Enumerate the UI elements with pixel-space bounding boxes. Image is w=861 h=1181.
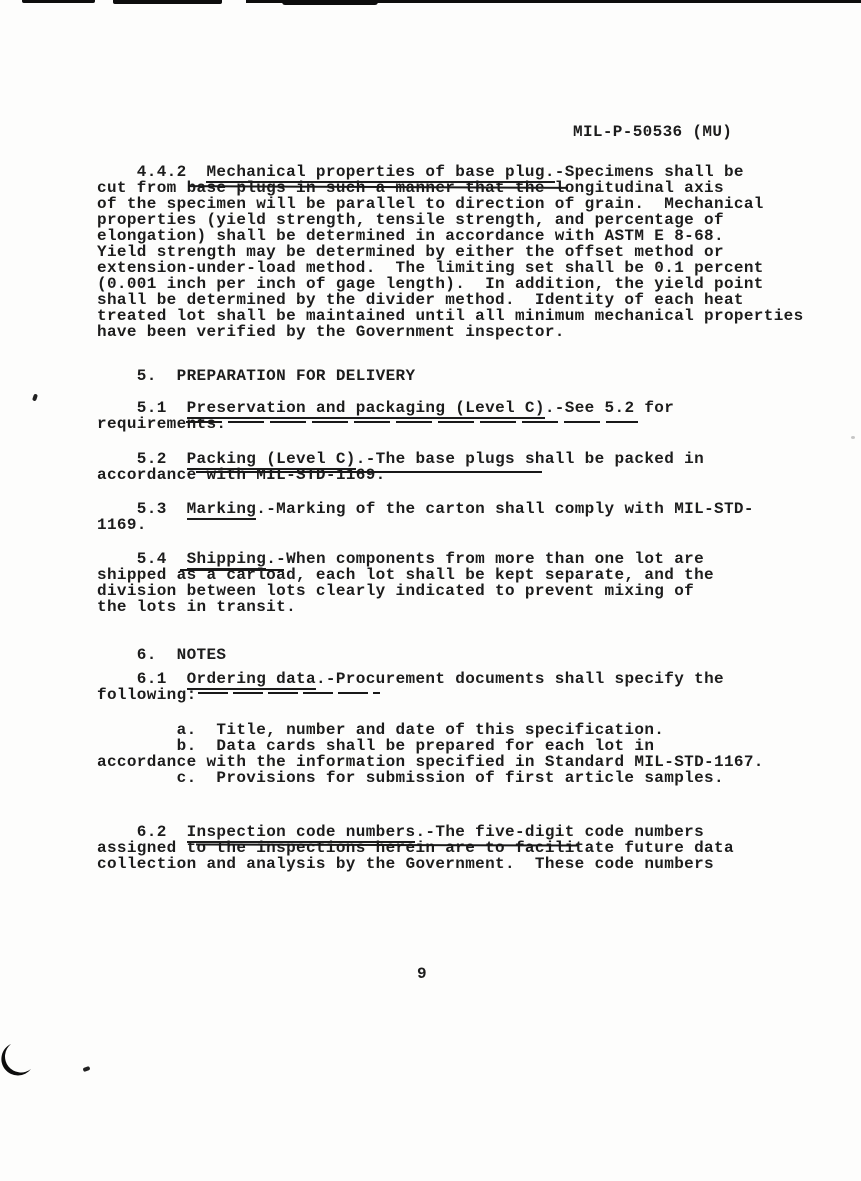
paragraph: 6.2 Inspection code numbers.-The five-di… — [97, 824, 734, 872]
text-line: properties (yield strength, tensile stre… — [97, 212, 804, 228]
paragraph: 5.4 Shipping.-When components from more … — [97, 551, 714, 615]
text-line: 6.2 Inspection code numbers.-The five-di… — [97, 824, 734, 840]
section-heading: 5. PREPARATION FOR DELIVERY — [97, 368, 415, 384]
paragraph: 6.1 Ordering data.-Procurement documents… — [97, 671, 724, 703]
paragraph-text: .-See 5.2 for — [545, 399, 674, 417]
text-line: have been verified by the Government ins… — [97, 324, 804, 340]
paragraph: 4.4.2 Mechanical properties of base plug… — [97, 164, 804, 340]
document-body: 4.4.2 Mechanical properties of base plug… — [97, 0, 861, 1181]
text-line: Yield strength may be determined by eith… — [97, 244, 804, 260]
overstrike-line — [186, 421, 638, 423]
overstrike-line — [198, 692, 380, 694]
scanned-document-page: MIL-P-50536 (MU) 4.4.2 Mechanical proper… — [0, 0, 861, 1181]
text-line: b. Data cards shall be prepared for each… — [97, 738, 764, 754]
section-heading: 6. NOTES — [97, 647, 226, 663]
text-line: 5.1 Preservation and packaging (Level C)… — [97, 400, 674, 416]
ink-speck — [851, 436, 855, 439]
text-line: accordance with MIL-STD-1169. — [97, 467, 704, 483]
paragraph: 5.1 Preservation and packaging (Level C)… — [97, 400, 674, 432]
paragraph-text: .-Procurement documents shall specify th… — [316, 670, 724, 688]
text-line: the lots in transit. — [97, 599, 714, 615]
punch-hole-shadow-icon — [0, 1042, 36, 1088]
page-number: 9 — [417, 966, 427, 982]
underlined-heading: Ordering data — [187, 670, 316, 690]
underlined-heading: Preservation and packaging (Level C) — [187, 399, 545, 419]
text-line: (0.001 inch per inch of gage length). In… — [97, 276, 804, 292]
overstrike-line — [180, 569, 284, 571]
ink-speck — [83, 1066, 91, 1072]
text-line: c. Provisions for submission of first ar… — [97, 770, 764, 786]
overstrike-line — [196, 471, 542, 473]
paragraph: a. Title, number and date of this specif… — [97, 722, 764, 786]
text-line: assigned to the inspections herein are t… — [97, 840, 734, 856]
text-line: extension-under-load method. The limitin… — [97, 260, 804, 276]
underlined-heading: Marking — [187, 500, 257, 520]
text-line: treated lot shall be maintained until al… — [97, 308, 804, 324]
text-line: 6.1 Ordering data.-Procurement documents… — [97, 671, 724, 687]
text-line: following: — [97, 687, 724, 703]
paragraph-text: .-The base plugs shall be packed in — [356, 450, 704, 468]
ink-speck — [32, 394, 38, 402]
text-line: a. Title, number and date of this specif… — [97, 722, 764, 738]
paragraph: 5.2 Packing (Level C).-The base plugs sh… — [97, 451, 704, 483]
text-line: collection and analysis by the Governmen… — [97, 856, 734, 872]
text-line: shall be determined by the divider metho… — [97, 292, 804, 308]
text-line: 6. NOTES — [97, 647, 226, 663]
text-line: 5. PREPARATION FOR DELIVERY — [97, 368, 415, 384]
text-line: 5.3 Marking.-Marking of the carton shall… — [97, 501, 754, 517]
text-line: elongation) shall be determined in accor… — [97, 228, 804, 244]
text-line: accordance with the information specifie… — [97, 754, 764, 770]
paragraph: 5.3 Marking.-Marking of the carton shall… — [97, 501, 754, 533]
text-line: 5.2 Packing (Level C).-The base plugs sh… — [97, 451, 704, 467]
text-line: of the specimen will be parallel to dire… — [97, 196, 804, 212]
scan-streak — [22, 0, 95, 3]
text-line: division between lots clearly indicated … — [97, 583, 714, 599]
text-line: 5.4 Shipping.-When components from more … — [97, 551, 714, 567]
paragraph-text: .-Marking of the carton shall comply wit… — [256, 500, 754, 518]
text-line: 4.4.2 Mechanical properties of base plug… — [97, 164, 804, 180]
